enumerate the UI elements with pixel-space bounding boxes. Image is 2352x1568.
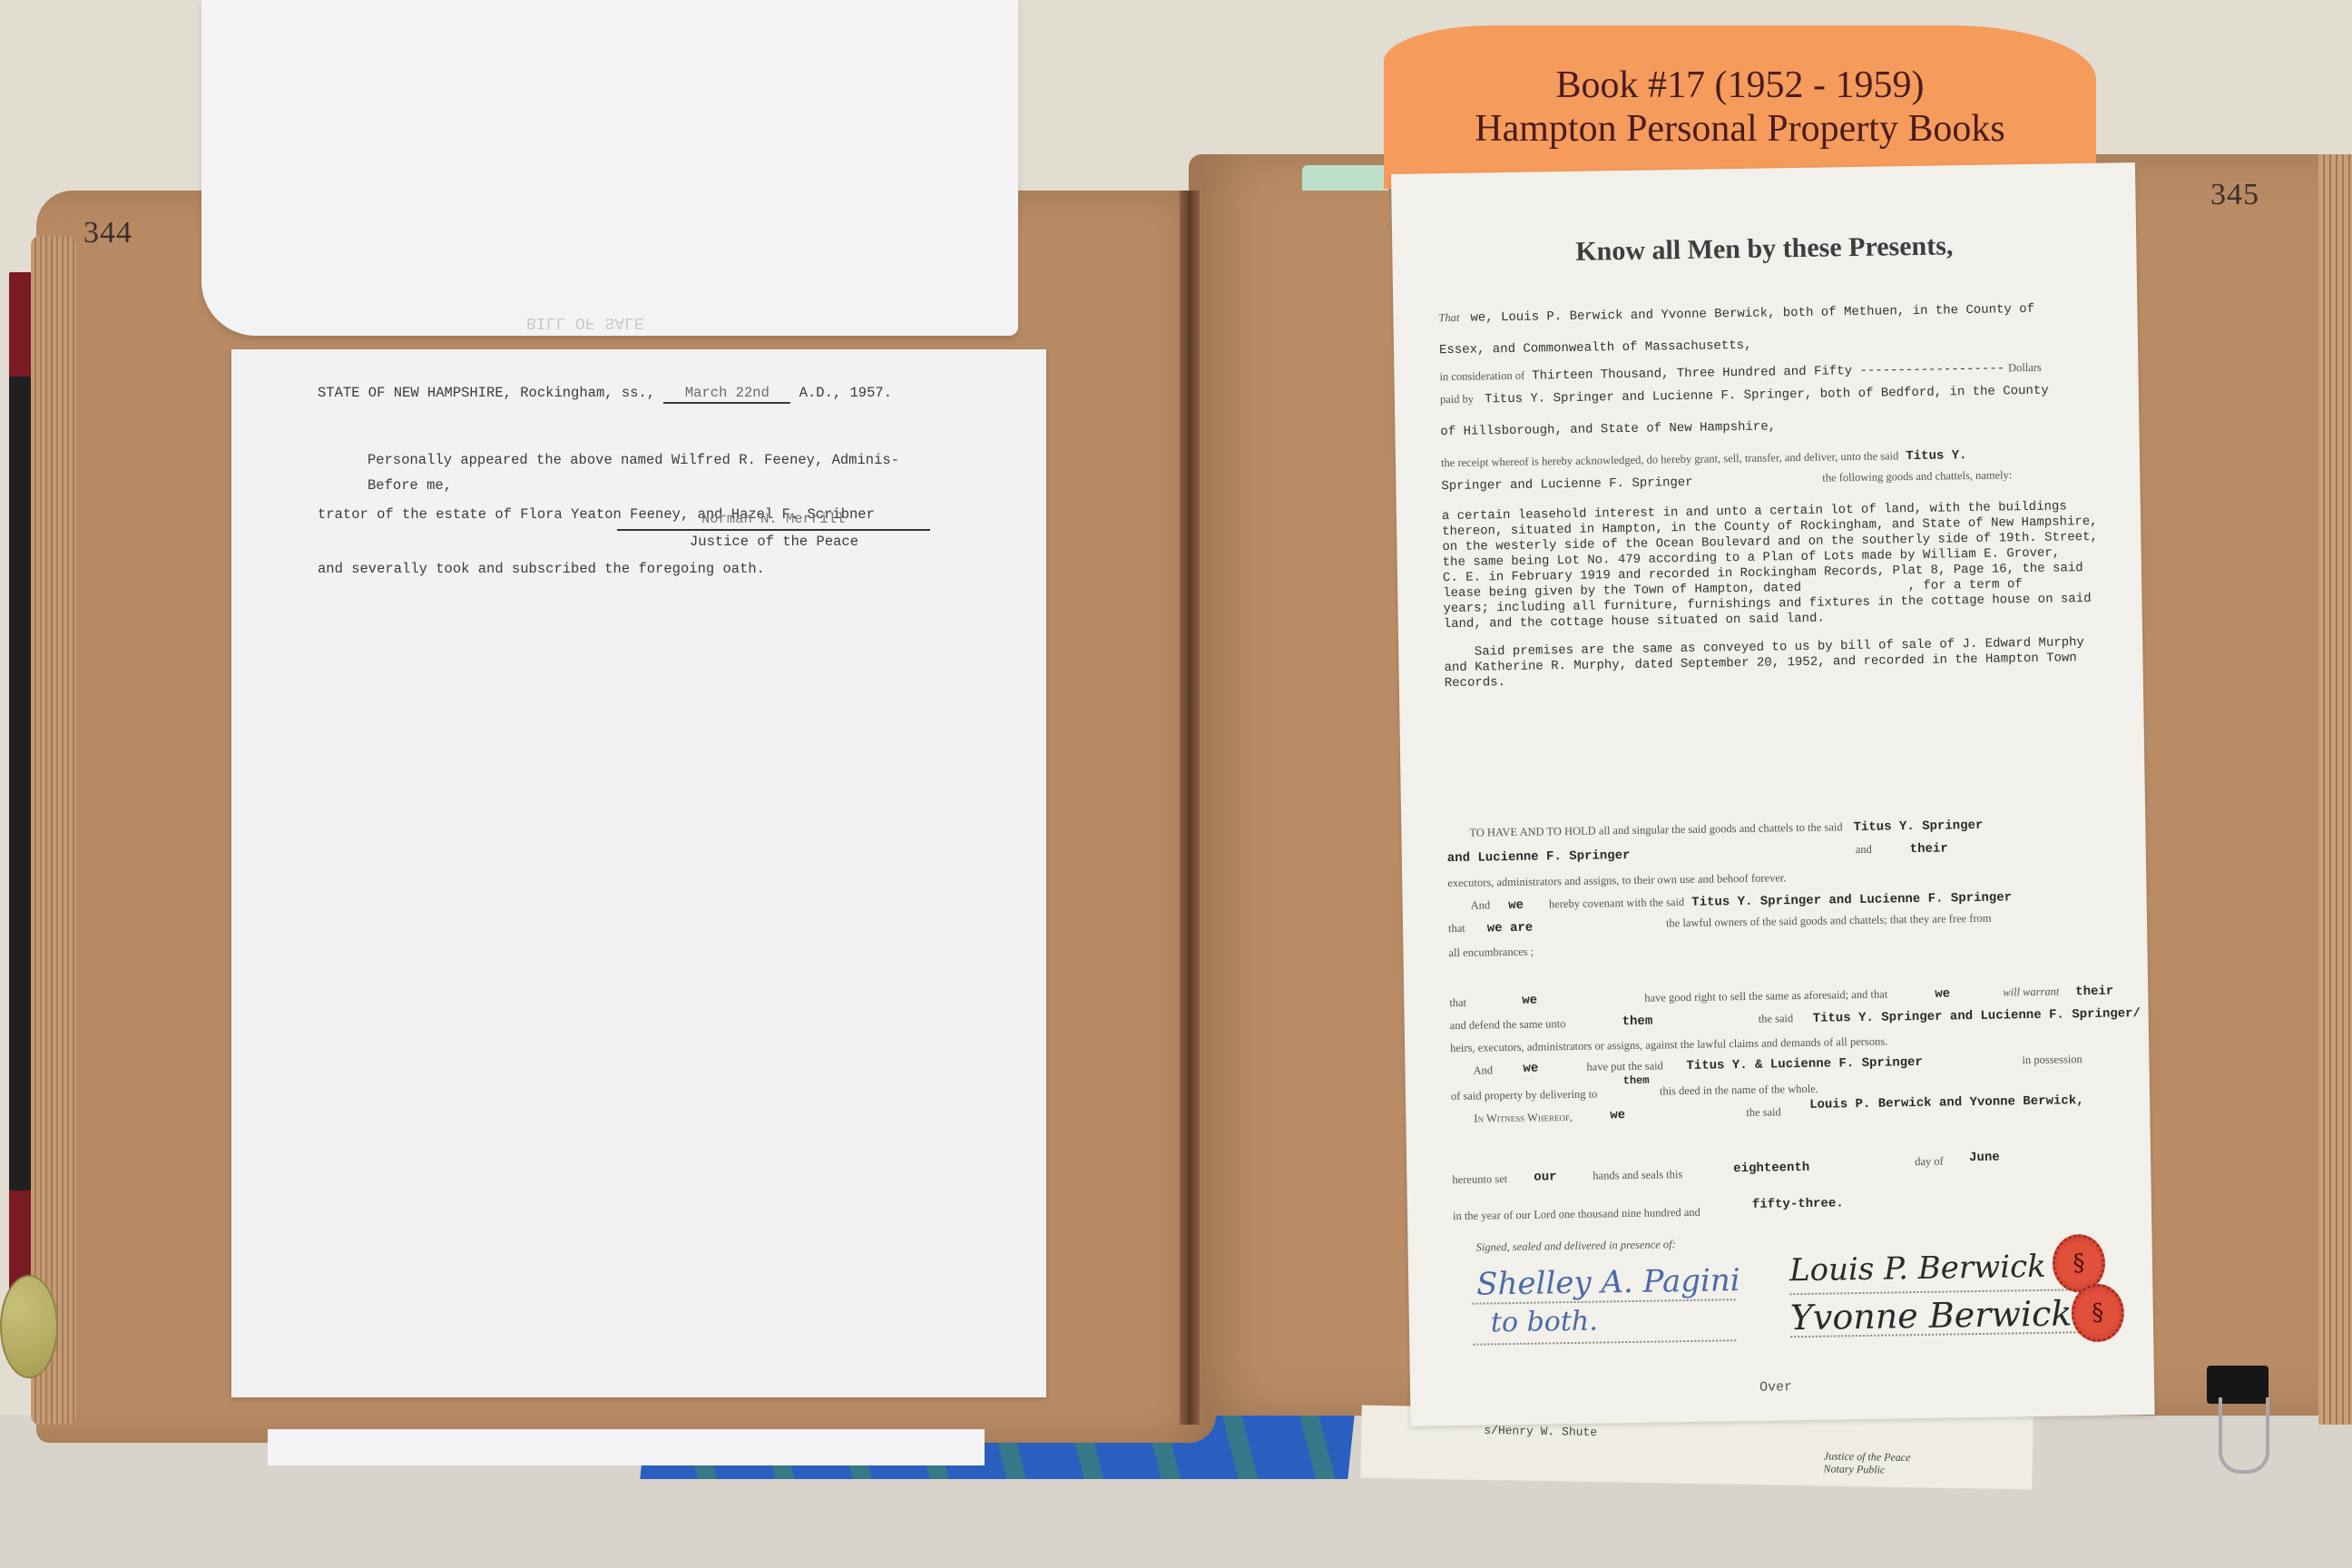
book-gutter xyxy=(1180,191,1200,1425)
defend-name: Titus Y. Springer and Lucienne F. Spring… xyxy=(1813,1006,2141,1026)
justice-title: Justice of the Peace xyxy=(690,533,858,551)
habendum-name-a: Titus Y. Springer xyxy=(1853,818,1983,835)
document-heading: Know all Men by these Presents, xyxy=(1392,228,2136,270)
hereunto-text: hereunto set xyxy=(1452,1172,1507,1186)
possession-and: And xyxy=(1450,1063,1493,1077)
habendum-text: TO HAVE AND TO HOLD all and singular the… xyxy=(1446,820,1842,839)
under-sheet-signer: s/Henry W. Shute xyxy=(1484,1424,1597,1439)
venue-date: March 22nd xyxy=(663,384,790,404)
witness-said: the said xyxy=(1746,1105,1781,1120)
owners-text: the lawful owners of the said goods and … xyxy=(1666,912,1992,931)
year-line: in the year of our Lord one thousand nin… xyxy=(1453,1198,2115,1224)
under-sheet-title-2: Notary Public xyxy=(1823,1462,1910,1476)
paid-by-label: paid by xyxy=(1440,393,1474,407)
habendum-line: TO HAVE AND TO HOLD all and singular the… xyxy=(1446,815,2109,841)
mint-index-tab xyxy=(1302,165,1388,191)
consideration-line: in consideration of Thirteen Thousand, T… xyxy=(1439,358,2102,385)
witness-label: In Witness Whereof, xyxy=(1451,1111,1573,1125)
right-page-edges xyxy=(2318,154,2352,1425)
consideration-label: in consideration of xyxy=(1439,369,1524,383)
premises-clause: Said premises are the same as conveyed t… xyxy=(1444,635,2107,691)
grantors-line-2: Essex, and Commonwealth of Massachusetts… xyxy=(1439,331,2102,358)
possession-name: Titus Y. & Lucienne F. Springer xyxy=(1686,1055,1923,1073)
defend-said: the said xyxy=(1759,1012,1794,1026)
right-document-bill-of-sale: Know all Men by these Presents, That we,… xyxy=(1391,162,2155,1426)
covenant-name: Titus Y. Springer and Lucienne F. Spring… xyxy=(1691,890,2012,910)
before-me: Before me, xyxy=(367,476,452,495)
year-text: in the year of our Lord one thousand nin… xyxy=(1453,1206,1700,1222)
venue-line: STATE OF NEW HAMPSHIRE, Rockingham, ss.,… xyxy=(318,384,892,404)
habendum-name-b: and Lucienne F. Springer xyxy=(1447,848,1631,866)
left-document: STATE OF NEW HAMPSHIRE, Rockingham, ss.,… xyxy=(231,349,1046,1397)
receipt-name-a: Titus Y. xyxy=(1906,448,1966,464)
bleed-through-title: BILL OF SALE xyxy=(526,313,644,331)
grantees-text-2: of Hillsborough, and State of New Hampsh… xyxy=(1440,419,1776,439)
covenant-line: And we hereby covenant with the said Tit… xyxy=(1448,887,2111,914)
hereunto-line: hereunto set our hands and seals this ei… xyxy=(1452,1161,2114,1188)
justice-signature: Norman N. Merrill xyxy=(701,510,845,528)
heirs-text: heirs, executors, administrators or assi… xyxy=(1450,1035,1887,1055)
possession-text: have put the said xyxy=(1586,1059,1663,1073)
paid-by-line: paid by Titus Y. Springer and Lucienne F… xyxy=(1440,381,2102,407)
venue-prefix: STATE OF NEW HAMPSHIRE, Rockingham, ss., xyxy=(318,385,655,401)
that-label-2: that xyxy=(1448,922,1465,935)
possession-we: we xyxy=(1523,1062,1538,1076)
witness-line-2 xyxy=(1473,1339,1736,1346)
possession-label: in possession xyxy=(2022,1053,2082,1067)
defend-text: and defend the same unto xyxy=(1450,1017,1566,1032)
grantors-text-2: Essex, and Commonwealth of Massachusetts… xyxy=(1439,338,1752,358)
witness-we: we xyxy=(1610,1108,1625,1122)
signed-text: Signed, sealed and delivered in presence… xyxy=(1453,1238,1675,1254)
oath-line-3: and severally took and subscribed the fo… xyxy=(318,560,899,578)
habendum-line-2: and Lucienne F. Springer and their xyxy=(1447,839,2110,866)
goods-label: the following goods and chattels, namely… xyxy=(1822,468,2012,485)
underlying-sheet-left xyxy=(268,1429,985,1465)
over-label: Over xyxy=(1759,1379,1792,1396)
month-value: June xyxy=(1969,1151,2000,1166)
possession-line: And we have put the said Titus Y. & Luci… xyxy=(1450,1053,2112,1079)
grantees-text-1: Titus Y. Springer and Lucienne F. Spring… xyxy=(1485,384,2049,407)
day-value: eighteenth xyxy=(1733,1161,1809,1176)
page-number-right: 345 xyxy=(2210,178,2259,212)
covenant-text: hereby covenant with the said xyxy=(1549,896,1684,910)
right-we-2: we xyxy=(1935,986,1950,1001)
covenant-we: we xyxy=(1508,898,1524,913)
executors-text: executors, administrators and assigns, t… xyxy=(1447,871,1786,889)
encumbrances-text: all encumbrances ; xyxy=(1448,946,1534,959)
book-label-title: Book #17 (1952 - 1959) xyxy=(1384,64,2096,107)
hands-text: hands and seals this xyxy=(1592,1168,1682,1183)
covenant-and: And xyxy=(1448,898,1491,912)
decorative-tag xyxy=(0,1275,58,1378)
warrant-text: will warrant xyxy=(2003,985,2059,1000)
grantors-line-1: That we, Louis P. Berwick and Yvonne Ber… xyxy=(1438,299,2101,326)
delivering-them: them xyxy=(1623,1074,1650,1087)
dollars-label: Dollars xyxy=(2008,361,2042,375)
grantors-text-1: we, Louis P. Berwick and Yvonne Berwick,… xyxy=(1470,302,2034,326)
right-that: that xyxy=(1449,996,1466,1009)
heirs-line: heirs, executors, administrators or assi… xyxy=(1450,1030,2112,1056)
right-text: have good right to sell the same as afor… xyxy=(1644,988,1887,1005)
consideration-amount: Thirteen Thousand, Three Hundred and Fif… xyxy=(1532,361,2004,383)
witness-signature-2: to both. xyxy=(1491,1306,1598,1339)
their-label: their xyxy=(1910,841,1948,857)
grantor-signature-yvonne: Yvonne Berwick xyxy=(1790,1293,2073,1338)
page-number-left: 344 xyxy=(83,216,132,250)
right-we: we xyxy=(1522,994,1537,1008)
binder-clip-wire xyxy=(2219,1397,2269,1474)
witness-line: In Witness Whereof, we the said Louis P.… xyxy=(1451,1101,2113,1127)
property-description: a certain leasehold interest in and unto… xyxy=(1442,499,2106,632)
witness-signature-1: Shelley A. Pagini xyxy=(1476,1262,1740,1303)
under-sheet-titles: Justice of the Peace Notary Public xyxy=(1823,1449,1910,1476)
hereunto-our: our xyxy=(1534,1170,1556,1184)
we-are: we are xyxy=(1487,921,1534,936)
owners-line: that we are the lawful owners of the sai… xyxy=(1448,910,2111,936)
delivering-text: of said property by delivering to xyxy=(1451,1088,1598,1103)
warrant-their: their xyxy=(2075,985,2113,1000)
executors-line: executors, administrators and assigns, t… xyxy=(1447,865,2110,891)
year-value: fifty-three. xyxy=(1752,1196,1844,1212)
and-label: and xyxy=(1856,843,1872,857)
folded-bill-of-sale-sheet[interactable] xyxy=(201,0,1018,336)
that-label: That xyxy=(1438,311,1459,324)
grantor-signature-louis: Louis P. Berwick xyxy=(1789,1249,2046,1289)
day-of: day of xyxy=(1915,1155,1944,1169)
oath-line-1: Personally appeared the above named Wilf… xyxy=(318,451,899,469)
defend-them: them xyxy=(1622,1014,1653,1030)
grantees-line-2: of Hillsborough, and State of New Hampsh… xyxy=(1440,413,2102,439)
signature-line xyxy=(617,529,930,531)
wax-seal-2-icon: § xyxy=(2071,1283,2124,1342)
left-page-edges xyxy=(31,236,76,1425)
delivering-rest: this deed in the name of the whole. xyxy=(1660,1083,1818,1099)
receipt-text: the receipt whereof is hereby acknowledg… xyxy=(1441,449,1899,469)
receipt-line: the receipt whereof is hereby acknowledg… xyxy=(1441,445,2103,471)
encumbrances-line: all encumbrances ; xyxy=(1448,935,2111,961)
venue-suffix: A.D., 1957. xyxy=(799,385,892,401)
right-to-sell-line: that we have good right to sell the same… xyxy=(1449,985,2112,1011)
receipt-name-b: Springer and Lucienne F. Springer xyxy=(1441,475,1692,494)
witness-names: Louis P. Berwick and Yvonne Berwick, xyxy=(1809,1093,2084,1112)
defend-line: and defend the same unto them the said T… xyxy=(1450,1007,2112,1034)
receipt-name-line: Springer and Lucienne F. Springer the fo… xyxy=(1441,467,2103,494)
book-label-subtitle: Hampton Personal Property Books xyxy=(1384,107,2096,151)
